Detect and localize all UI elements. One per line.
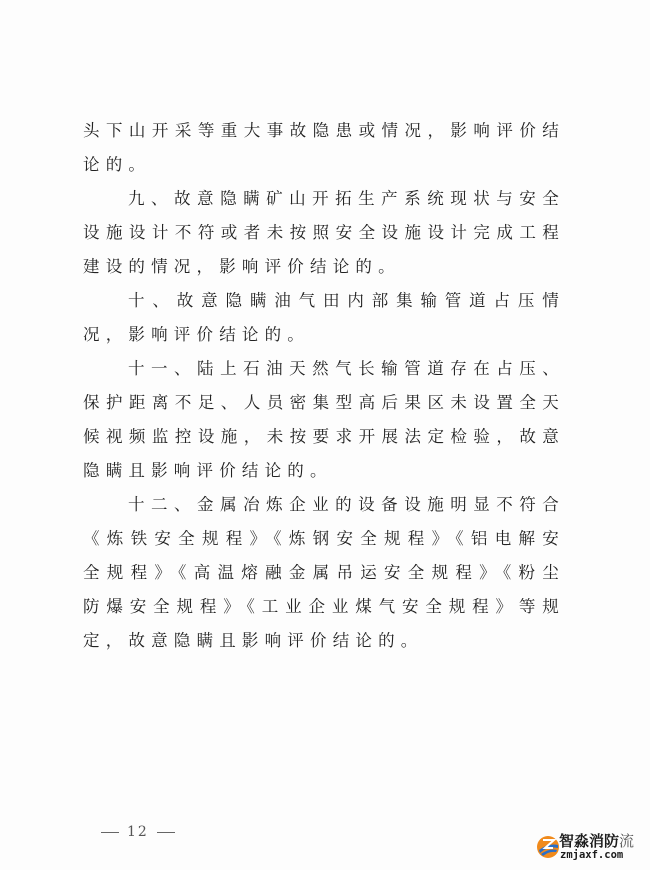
document-page: 头下山开采等重大事故隐患或情况，影响评价结论的。 九、故意隐瞒矿山开拓生产系统现… (0, 0, 650, 870)
watermark-domain: zmjaxf.com (560, 849, 623, 861)
brand-logo-icon (535, 834, 561, 860)
paragraph-item-9: 九、故意隐瞒矿山开拓生产系统现状与安全设施设计不符或者未按照安全设施设计完成工程… (83, 182, 565, 284)
paragraph-continuation: 头下山开采等重大事故隐患或情况，影响评价结论的。 (83, 114, 565, 182)
watermark-title: 智淼消防流 (559, 830, 634, 851)
dash-right (157, 832, 175, 833)
watermark: 智淼消防流 zmjaxf.com (535, 828, 645, 866)
document-body: 头下山开采等重大事故隐患或情况，影响评价结论的。 九、故意隐瞒矿山开拓生产系统现… (83, 114, 565, 658)
watermark-title-light: 流 (619, 832, 634, 850)
dash-left (101, 832, 119, 833)
page-number: 12 (93, 824, 183, 840)
watermark-title-bold: 智淼消防 (559, 832, 619, 850)
paragraph-item-12: 十二、金属冶炼企业的设备设施明显不符合《炼铁安全规程》《炼钢安全规程》《铝电解安… (83, 488, 565, 658)
paragraph-item-11: 十一、陆上石油天然气长输管道存在占压、保护距离不足、人员密集型高后果区未设置全天… (83, 352, 565, 488)
page-number-value: 12 (127, 824, 149, 840)
paragraph-item-10: 十、故意隐瞒油气田内部集输管道占压情况，影响评价结论的。 (83, 284, 565, 352)
